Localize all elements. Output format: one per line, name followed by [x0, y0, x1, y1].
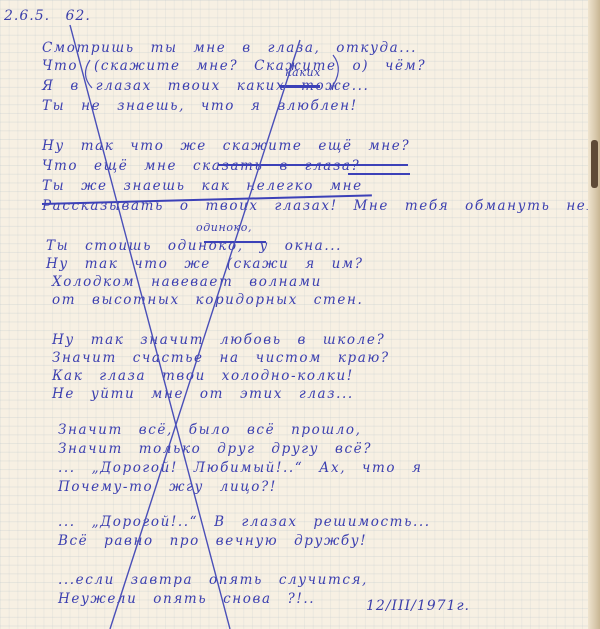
cross-out-lines — [0, 0, 600, 629]
binding-stain — [591, 140, 598, 188]
notebook-binding — [588, 0, 600, 629]
notebook-page: 2.6.5. 62. Смотришь ты мне в глаза, отку… — [0, 0, 600, 629]
